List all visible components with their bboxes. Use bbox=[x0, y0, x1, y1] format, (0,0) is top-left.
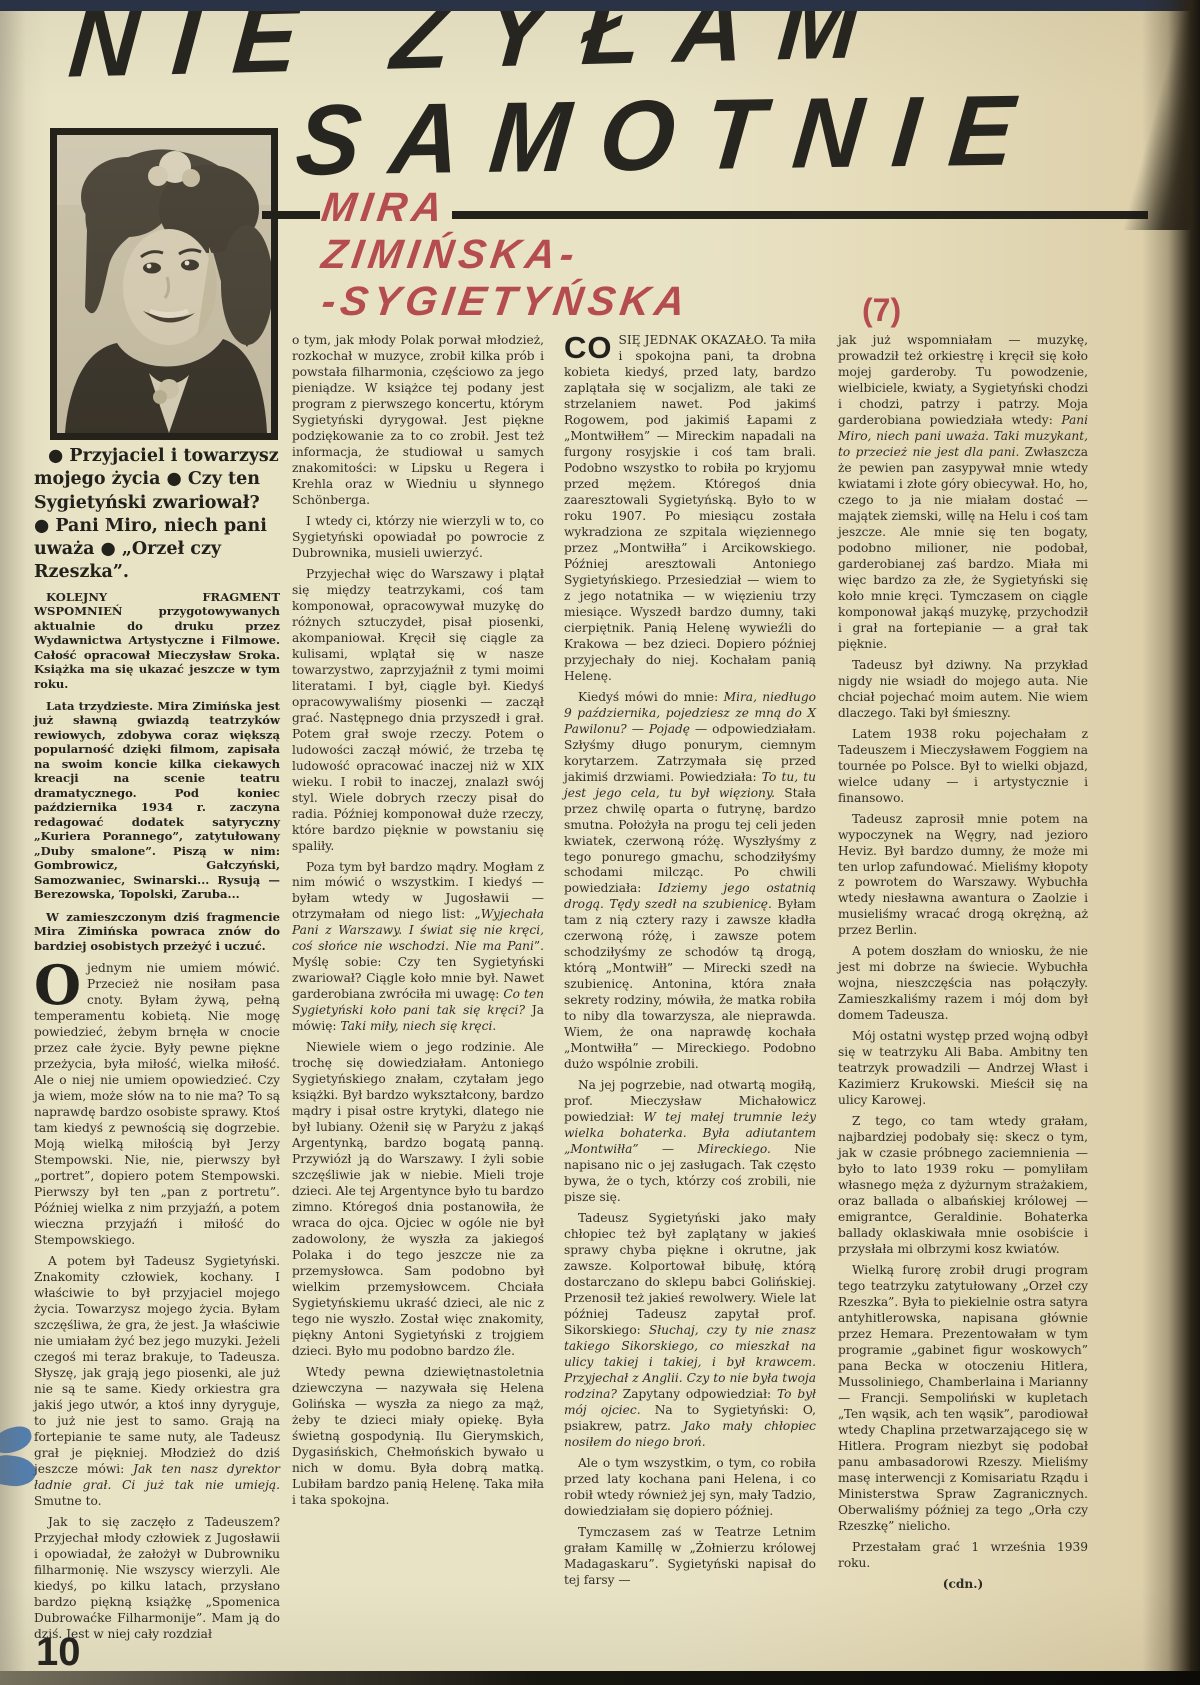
paragraph: Na jej pogrzebie, nad otwartą mogiłą, pr… bbox=[564, 1078, 816, 1206]
paragraph: Lata trzydzieste. Mira Zimińska jest już… bbox=[34, 699, 280, 902]
author-name-line1: MIRA bbox=[319, 184, 450, 231]
column-1: ● Przyjaciel i towarzysz mojego życia ● … bbox=[34, 445, 280, 1648]
paragraph: Mój ostatni występ przed wojną odbył się… bbox=[838, 1029, 1088, 1109]
article-title-line2: SAMOTNIE bbox=[292, 74, 1049, 199]
paragraph: (cdn.) bbox=[838, 1577, 1088, 1593]
part-number: (7) bbox=[862, 292, 901, 329]
paragraph: Niewiele wiem o jego rodzinie. Ale troch… bbox=[292, 1040, 544, 1360]
column-1-body: Ojednym nie umiem mówić. Przecież nie no… bbox=[34, 961, 280, 1642]
paragraph: Latem 1938 roku pojechałam z Tadeuszem i… bbox=[838, 727, 1088, 807]
editorial-note: KOLEJNY FRAGMENT WSPOMNIEŃ przygotowywan… bbox=[34, 590, 280, 954]
paragraph: Tadeusz był dziwny. Na przykład nigdy ni… bbox=[838, 658, 1088, 722]
lead-bullets: ● Przyjaciel i towarzysz mojego życia ● … bbox=[34, 445, 280, 585]
paragraph: Tadeusz Sygietyński jako mały chłopiec t… bbox=[564, 1211, 816, 1451]
drop-cap: O bbox=[34, 961, 87, 1006]
page-top-shadow bbox=[0, 0, 1200, 11]
paragraph: o tym, jak młody Polak porwał młodzież, … bbox=[292, 333, 544, 509]
paragraph: Przestałam grać 1 września 1939 roku. bbox=[838, 1540, 1088, 1572]
paragraph: Poza tym był bardzo mądry. Mogłam z nim … bbox=[292, 860, 544, 1036]
newspaper-page: NIE ŻYŁAM SAMOTNIE bbox=[0, 0, 1200, 1685]
heading-rule-left bbox=[262, 211, 320, 219]
paragraph: A potem doszłam do wniosku, że nie jest … bbox=[838, 944, 1088, 1024]
paragraph: KOLEJNY FRAGMENT WSPOMNIEŃ przygotowywan… bbox=[34, 590, 280, 691]
page-curl-shadow bbox=[1142, 0, 1200, 1685]
author-name-line2: ZIMIŃSKA- bbox=[319, 231, 582, 278]
paragraph: Ale o tym wszystkim, o tym, co robiła pr… bbox=[564, 1456, 816, 1520]
author-name-line3: -SYGIETYŃSKA bbox=[319, 278, 693, 325]
paragraph: Wtedy pewna dziewiętnastoletnia dziewczy… bbox=[292, 1365, 544, 1509]
paragraph: Wielką furorę zrobił drugi program tego … bbox=[838, 1263, 1088, 1535]
column-4: jak już wspomniałam — muzykę, prowadził … bbox=[838, 333, 1088, 1598]
column-2: o tym, jak młody Polak porwał młodzież, … bbox=[292, 333, 544, 1514]
paragraph: Tymczasem zaś w Teatrze Letnim grałam Ka… bbox=[564, 1525, 816, 1589]
page-number: 10 bbox=[36, 1630, 81, 1675]
page-bottom-shadow bbox=[0, 1671, 1200, 1685]
paragraph: Kiedyś mówi do mnie: Mira, niedługo 9 pa… bbox=[564, 690, 816, 1074]
page-left-edge-shadow bbox=[0, 0, 26, 1685]
portrait-photo bbox=[50, 128, 278, 440]
paragraph: Tadeusz zaprosił mnie potem na wypoczyne… bbox=[838, 812, 1088, 940]
column-3: COSIĘ JEDNAK OKAZAŁO. Ta miła i spokojna… bbox=[564, 333, 816, 1594]
paragraph: A potem był Tadeusz Sygietyński. Znakomi… bbox=[34, 1254, 280, 1510]
portrait-image bbox=[57, 135, 271, 433]
paragraph: Przyjechał więc do Warszawy i plątał się… bbox=[292, 567, 544, 855]
paragraph: COSIĘ JEDNAK OKAZAŁO. Ta miła i spokojna… bbox=[564, 333, 816, 685]
drop-cap: CO bbox=[564, 333, 619, 361]
paragraph: jak już wspomniałam — muzykę, prowadził … bbox=[838, 333, 1088, 653]
paragraph: Ojednym nie umiem mówić. Przecież nie no… bbox=[34, 961, 280, 1249]
heading-rule-right bbox=[452, 211, 1148, 219]
paragraph: W zamieszczonym dziś fragmencie Mira Zim… bbox=[34, 910, 280, 953]
paragraph: I wtedy ci, którzy nie wierzyli w to, co… bbox=[292, 514, 544, 562]
paragraph: Jak to się zaczęło z Tadeuszem? Przyjech… bbox=[34, 1515, 280, 1643]
paragraph: Z tego, co tam wtedy grałam, najbardziej… bbox=[838, 1114, 1088, 1258]
